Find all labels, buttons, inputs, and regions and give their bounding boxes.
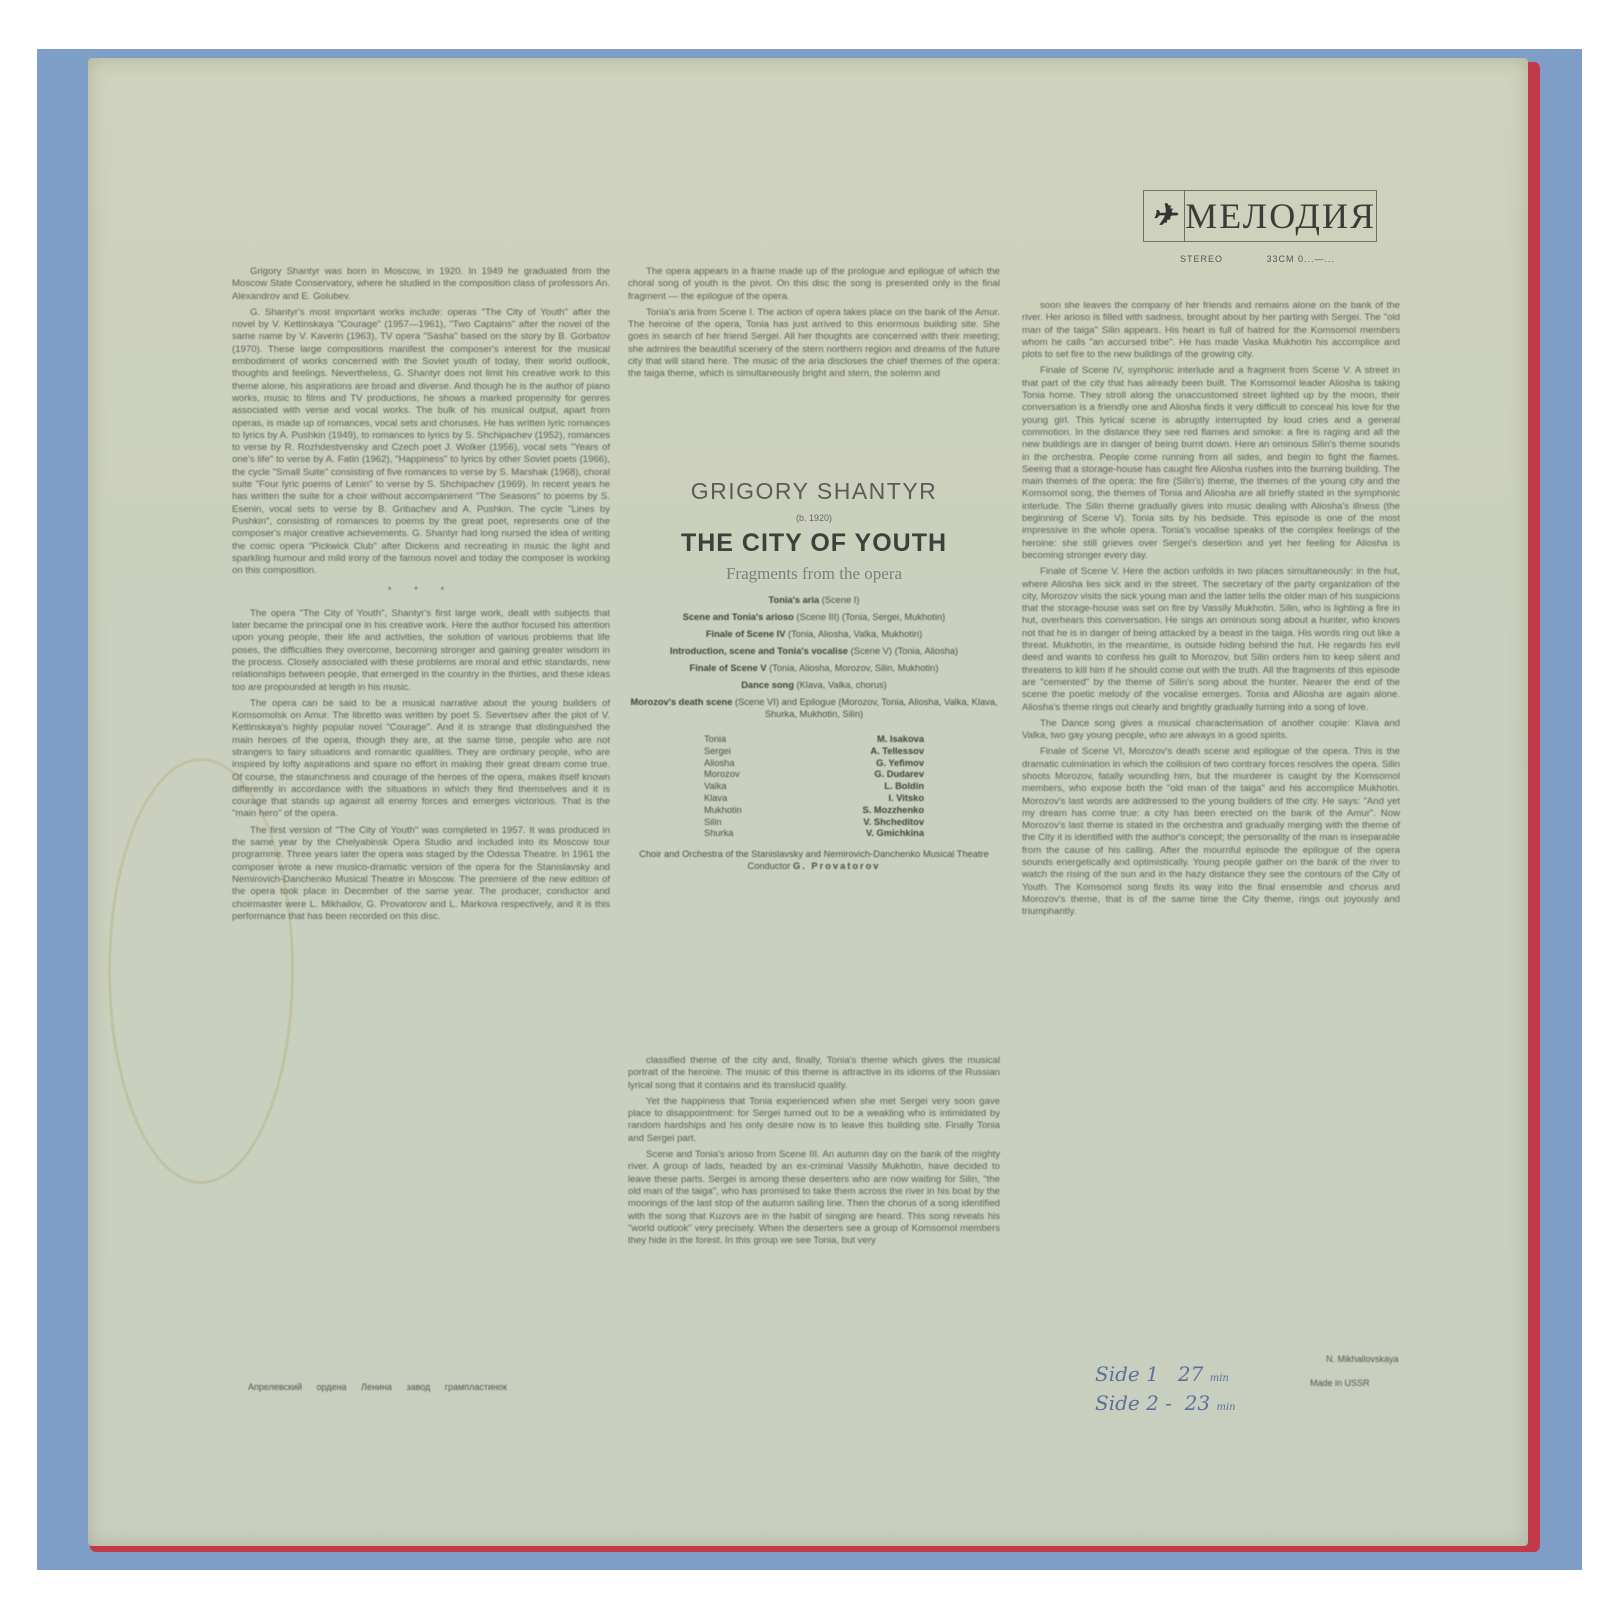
liner-notes-right-column: soon she leaves the company of her frien…	[1022, 300, 1400, 923]
track-item: Introduction, scene and Tonia's vocalise…	[628, 645, 1000, 657]
liner-notes-mid-upper: The opera appears in a frame made up of …	[628, 266, 1000, 385]
printer-credit: Апрелевский ордена Ленина завод грамплас…	[248, 1382, 507, 1392]
handwritten-durations: Side 1 27 min Side 2 - 23 min	[1095, 1362, 1236, 1420]
role: Klava	[704, 793, 727, 805]
paragraph: classified theme of the city and, finall…	[628, 1055, 1000, 1092]
track-item: Tonia's aria (Scene I)	[628, 594, 1000, 606]
side2-duration: Side 2 - 23 min	[1095, 1391, 1236, 1420]
paragraph: Yet the happiness that Tonia experienced…	[628, 1096, 1000, 1145]
cast-row: SergeiA. Tellessov	[704, 746, 924, 758]
singer: L. Boldin	[884, 781, 924, 793]
conductor: Conductor G. Provatorov	[628, 860, 1000, 872]
made-in-label: Made in USSR	[1310, 1378, 1370, 1388]
cast-row: SilinV. Shcheditov	[704, 817, 924, 829]
cast-row: MorozovG. Dudarev	[704, 769, 924, 781]
catalog-line: STEREO 33СМ 0...—...	[1180, 254, 1375, 264]
track-item: Morozov's death scene (Scene VI) and Epi…	[628, 696, 1000, 720]
role: Valka	[704, 781, 727, 793]
cast-row: ShurkaV. Gmichkina	[704, 828, 924, 840]
role: Aliosha	[704, 758, 735, 770]
paragraph: The opera appears in a frame made up of …	[628, 266, 1000, 303]
album-title: THE CITY OF YOUTH	[628, 529, 1000, 558]
role: Silin	[704, 817, 722, 829]
cast-row: AlioshaG. Yefimov	[704, 758, 924, 770]
track-item: Dance song (Klava, Valka, chorus)	[628, 679, 1000, 691]
paragraph: The first version of "The City of Youth"…	[232, 825, 610, 923]
singer: S. Mozzhenko	[863, 805, 924, 817]
catalog-number: 33СМ 0...—...	[1267, 254, 1335, 264]
melodiya-logo: ✈ МЕЛОДИЯ	[1143, 190, 1377, 242]
paragraph: Finale of Scene V. Here the action unfol…	[1022, 566, 1400, 714]
cast-row: MukhotinS. Mozzhenko	[704, 805, 924, 817]
section-separator: * * *	[232, 585, 610, 597]
composer-name: GRIGORY SHANTYR	[628, 478, 1000, 505]
ensemble: Choir and Orchestra of the Stanislavsky …	[628, 848, 1000, 860]
singer: M. Isakova	[877, 734, 924, 746]
track-list: Tonia's aria (Scene I)Scene and Tonia's …	[628, 594, 1000, 720]
track-item: Finale of Scene V (Tonia, Aliosha, Moroz…	[628, 662, 1000, 674]
side1-duration: Side 1 27 min	[1095, 1362, 1236, 1391]
composer-dates: (b. 1920)	[628, 513, 1000, 523]
singer: V. Shcheditov	[863, 817, 924, 829]
notes-author: N. Mikhailovskaya	[1326, 1354, 1399, 1364]
role: Mukhotin	[704, 805, 742, 817]
role: Tonia	[704, 734, 726, 746]
paragraph: Finale of Scene IV, symphonic interlude …	[1022, 365, 1400, 562]
album-subtitle: Fragments from the opera	[628, 564, 1000, 584]
paragraph: The opera can be said to be a musical na…	[232, 698, 610, 821]
role: Sergei	[704, 746, 731, 758]
cast-row: ToniaM. Isakova	[704, 734, 924, 746]
paragraph: Grigory Shantyr was born in Moscow, in 1…	[232, 266, 610, 303]
liner-notes-left-column: Grigory Shantyr was born in Moscow, in 1…	[232, 266, 610, 927]
logo-text: МЕЛОДИЯ	[1185, 191, 1376, 241]
role: Morozov	[704, 769, 740, 781]
stereo-label: STEREO	[1180, 254, 1223, 264]
liner-notes-mid-lower: classified theme of the city and, finall…	[628, 1055, 1000, 1251]
title-block: GRIGORY SHANTYR (b. 1920) THE CITY OF YO…	[628, 470, 1000, 872]
paragraph: soon she leaves the company of her frien…	[1022, 300, 1400, 361]
melodiya-logo-icon: ✈	[1144, 191, 1185, 241]
role: Shurka	[704, 828, 733, 840]
paragraph: Finale of Scene VI, Morozov's death scen…	[1022, 746, 1400, 918]
singer: I. Vitsko	[889, 793, 924, 805]
singer: A. Tellessov	[870, 746, 924, 758]
track-item: Scene and Tonia's arioso (Scene III) (To…	[628, 611, 1000, 623]
credits: Choir and Orchestra of the Stanislavsky …	[628, 848, 1000, 872]
paragraph: Tonia's aria from Scene I. The action of…	[628, 307, 1000, 381]
track-item: Finale of Scene IV (Tonia, Aliosha, Valk…	[628, 628, 1000, 640]
cast-list: ToniaM. IsakovaSergeiA. TellessovAliosha…	[704, 734, 924, 840]
singer: V. Gmichkina	[866, 828, 924, 840]
cast-row: ValkaL. Boldin	[704, 781, 924, 793]
paragraph: G. Shantyr's most important works includ…	[232, 307, 610, 578]
cast-row: KlavaI. Vitsko	[704, 793, 924, 805]
paragraph: Scene and Tonia's arioso from Scene III.…	[628, 1149, 1000, 1247]
paragraph: The Dance song gives a musical character…	[1022, 718, 1400, 743]
singer: G. Dudarev	[874, 769, 924, 781]
paragraph: The opera "The City of Youth", Shantyr's…	[232, 608, 610, 694]
singer: G. Yefimov	[876, 758, 924, 770]
